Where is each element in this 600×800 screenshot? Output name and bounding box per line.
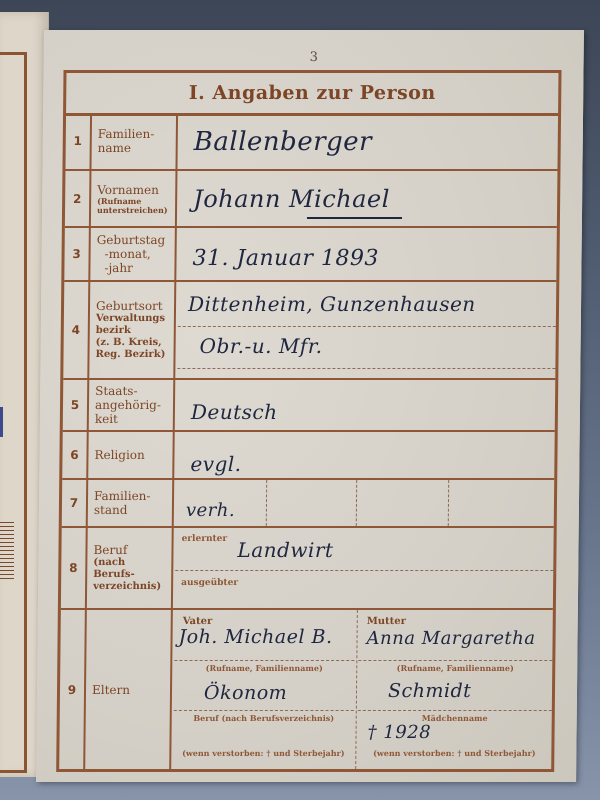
row-number: 9 (59, 610, 87, 769)
field-label: Familien- stand (88, 480, 174, 526)
row-family-name: 1 Familien- name Ballenberger (65, 113, 558, 171)
field-label: Vornamen (Rufname unterstreichen) (91, 171, 178, 226)
document-page: 3 I. Angaben zur Person 1 Familien- name… (36, 30, 584, 782)
left-page-frame (0, 52, 27, 773)
row-number: 8 (61, 528, 88, 608)
dotted-line (178, 326, 556, 327)
field-label: Staats- angehörig- keit (89, 380, 176, 430)
row-parents: 9 Eltern Vater Joh. Michael B. (Rufname,… (59, 610, 553, 769)
father-name-caption: (Rufname, Familienname) (174, 663, 354, 673)
mother-section[interactable]: Mutter Anna Margaretha (Rufname, Familie… (357, 610, 553, 769)
dotted-line (177, 368, 555, 369)
row-number: 2 (65, 171, 92, 226)
father-death-caption: (wenn verstorben: † und Sterbejahr) (173, 748, 353, 758)
mother-name-caption: (Rufname, Familienname) (358, 663, 552, 673)
dotted-line (174, 660, 354, 661)
row-number: 3 (64, 228, 91, 280)
father-occupation: Ökonom (204, 682, 287, 704)
dotted-divider (266, 480, 267, 526)
personal-data-form: I. Angaben zur Person 1 Familien- name B… (56, 70, 561, 772)
dotted-line (358, 660, 552, 661)
row-occupation: 8 Beruf (nach Berufs-verzeichnis) erlern… (61, 528, 554, 610)
row-birth-date: 3 Geburtstag -monat, -jahr 31. Januar 18… (64, 228, 557, 282)
row-marital-status: 7 Familien- stand verh. (62, 480, 555, 528)
learned-occupation-value: Landwirt (237, 538, 333, 562)
row-citizenship: 5 Staats- angehörig- keit Deutsch (63, 380, 556, 432)
dotted-divider (356, 480, 357, 526)
row-religion: 6 Religion evgl. (62, 432, 555, 480)
page-number: 3 (310, 50, 318, 65)
row-birthplace: 4 Geburtsort Verwaltungs bezirk (z. B. K… (63, 282, 556, 380)
rufname-underline (307, 217, 402, 219)
dotted-line (174, 710, 354, 711)
father-occupation-caption: Beruf (nach Berufsverzeichnis) (174, 713, 354, 723)
dotted-line (175, 570, 553, 571)
dotted-line (358, 710, 552, 711)
left-page-ink-mark (0, 407, 3, 437)
parents-field: Vater Joh. Michael B. (Rufname, Familien… (173, 610, 553, 769)
first-names-field[interactable]: Johann Michael (179, 171, 558, 226)
family-name-field[interactable]: Ballenberger (179, 113, 558, 169)
field-label: Geburtstag -monat, -jahr (90, 228, 177, 280)
field-label: Religion (88, 432, 174, 478)
field-label: Familien- name (91, 113, 178, 169)
mother-name: Anna Margaretha (366, 628, 535, 649)
row-number: 7 (62, 480, 88, 526)
citizenship-field[interactable]: Deutsch (177, 380, 556, 430)
mother-death-caption: (wenn verstorben: † und Sterbejahr) (357, 748, 551, 758)
occupation-field[interactable]: erlernter Landwirt ausgeübter (175, 528, 554, 608)
field-label: Eltern (85, 610, 173, 769)
practiced-occupation-label: ausgeübter (181, 578, 238, 588)
field-label: Geburtsort Verwaltungs bezirk (z. B. Kre… (89, 282, 176, 378)
form-title: I. Angaben zur Person (189, 82, 436, 104)
father-section[interactable]: Vater Joh. Michael B. (Rufname, Familien… (173, 610, 355, 769)
learned-occupation-label: erlernter (182, 534, 228, 544)
left-page-hatching (0, 522, 14, 582)
row-number: 6 (62, 432, 88, 478)
row-number: 1 (65, 113, 92, 169)
mother-heading: Mutter (367, 616, 406, 627)
birth-date-field[interactable]: 31. Januar 1893 (178, 228, 557, 280)
row-number: 5 (63, 380, 90, 430)
mother-maiden-name: Schmidt (388, 680, 472, 702)
row-first-names: 2 Vornamen (Rufname unterstreichen) Joha… (65, 171, 558, 228)
mother-death-year: † 1928 (367, 722, 431, 743)
field-label: Beruf (nach Berufs-verzeichnis) (87, 528, 174, 608)
row-number: 4 (63, 282, 90, 378)
dotted-divider (448, 480, 449, 526)
marital-status-field[interactable]: verh. (176, 480, 554, 526)
religion-field[interactable]: evgl. (176, 432, 554, 478)
birthplace-field[interactable]: Dittenheim, Gunzenhausen Obr.-u. Mfr. (177, 282, 556, 378)
form-title-bar: I. Angaben zur Person (66, 73, 558, 116)
father-name: Joh. Michael B. (178, 626, 332, 648)
